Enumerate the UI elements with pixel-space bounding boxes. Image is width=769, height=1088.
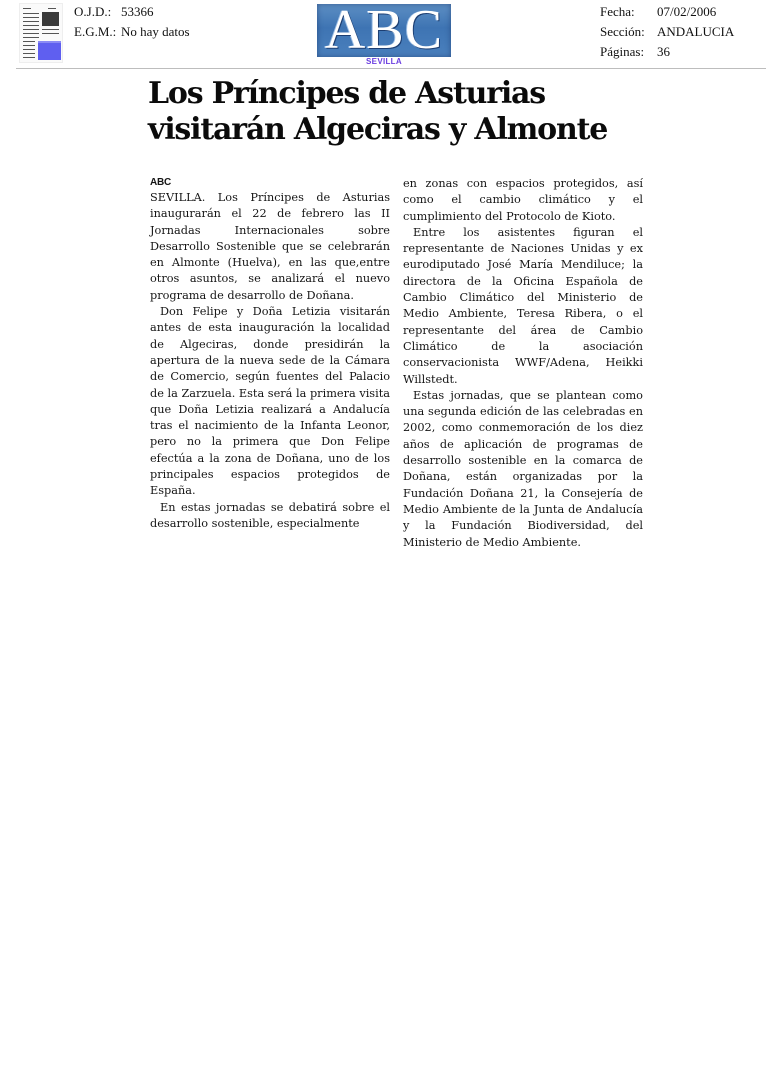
media-metrics: O.J.D.:53366 E.G.M.:No hay datos: [74, 2, 190, 42]
thumbnail-photo: [42, 12, 59, 26]
fecha-value: 07/02/2006: [657, 4, 716, 19]
thumbnail-highlight-region: [38, 43, 61, 60]
header-divider: [16, 68, 766, 69]
paginas-row: Páginas:36: [600, 42, 734, 62]
abc-logo: ABC SEVILLA: [317, 4, 451, 66]
publication-info: Fecha:07/02/2006 Sección:ANDALUCIA Págin…: [600, 2, 734, 62]
article-paragraph: en zonas con espacios protegidos, así co…: [403, 176, 643, 225]
paginas-value: 36: [657, 44, 670, 59]
logo-edition: SEVILLA: [317, 57, 451, 66]
fecha-row: Fecha:07/02/2006: [600, 2, 734, 22]
ojd-value: 53366: [121, 4, 154, 19]
clipping-header: O.J.D.:53366 E.G.M.:No hay datos ABC SEV…: [0, 0, 769, 70]
seccion-value: ANDALUCIA: [657, 24, 734, 39]
article-byline: ABC: [150, 176, 390, 189]
logo-box: ABC: [317, 4, 451, 57]
article-column-right: en zonas con espacios protegidos, así co…: [403, 176, 643, 551]
logo-text: ABC: [317, 1, 451, 59]
article-headline: Los Príncipes de Asturias visitarán Alge…: [148, 76, 648, 148]
article-paragraph: Don Felipe y Doña Letizia visitarán ante…: [150, 304, 390, 500]
egm-label: E.G.M.:: [74, 22, 121, 42]
egm-row: E.G.M.:No hay datos: [74, 22, 190, 42]
fecha-label: Fecha:: [600, 2, 657, 22]
egm-value: No hay datos: [121, 24, 190, 39]
seccion-label: Sección:: [600, 22, 657, 42]
article-paragraph: En estas jornadas se debatirá sobre el d…: [150, 500, 390, 533]
page-thumbnail: [19, 3, 63, 63]
ojd-label: O.J.D.:: [74, 2, 121, 22]
article-paragraph: Estas jornadas, que se plantean como una…: [403, 388, 643, 551]
article-column-left: ABC SEVILLA. Los Príncipes de Asturias i…: [150, 176, 390, 532]
article-paragraph: SEVILLA. Los Príncipes de Asturias inaug…: [150, 190, 390, 304]
ojd-row: O.J.D.:53366: [74, 2, 190, 22]
paginas-label: Páginas:: [600, 42, 657, 62]
seccion-row: Sección:ANDALUCIA: [600, 22, 734, 42]
article-paragraph: Entre los asistentes figuran el represen…: [403, 225, 643, 388]
